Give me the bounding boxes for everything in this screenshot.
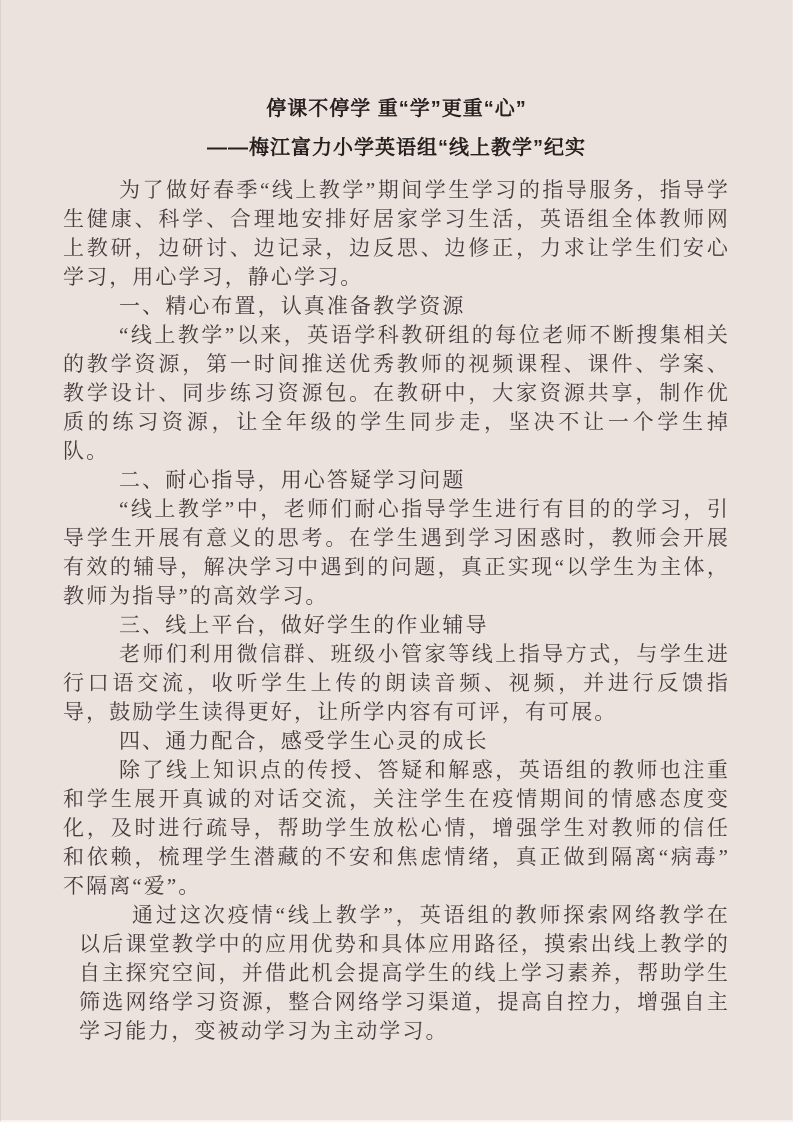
paragraph: “线上教学”以来，英语学科教研组的每位老师不断搜集相关的教学资源，第一时间推送优… <box>63 321 730 466</box>
paragraph: 为了做好春季“线上教学”期间学生学习的指导服务，指导学生健康、科学、合理地安排好… <box>63 176 730 292</box>
section-heading: 一、精心布置，认真准备教学资源 <box>63 292 730 321</box>
document-page: 停课不停学 重“学”更重“心” ——梅江富力小学英语组“线上教学”纪实 为了做好… <box>0 0 793 1122</box>
document-subtitle: ——梅江富力小学英语组“线上教学”纪实 <box>63 134 730 162</box>
section-heading: 二、耐心指导，用心答疑学习问题 <box>63 466 730 495</box>
document-title: 停课不停学 重“学”更重“心” <box>63 95 730 123</box>
paragraph: 老师们利用微信群、班级小管家等线上指导方式，与学生进行口语交流，收听学生上传的朗… <box>63 640 730 727</box>
document-body: 为了做好春季“线上教学”期间学生学习的指导服务，指导学生健康、科学、合理地安排好… <box>63 176 730 1046</box>
section-heading: 四、通力配合，感受学生心灵的成长 <box>63 727 730 756</box>
paragraph: 除了线上知识点的传授、答疑和解惑，英语组的教师也注重和学生展开真诚的对话交流，关… <box>63 756 730 901</box>
paragraph: 通过这次疫情“线上教学”，英语组的教师探索网络教学在以后课堂教学中的应用优势和具… <box>79 901 730 1046</box>
paragraph: “线上教学”中，老师们耐心指导学生进行有目的的学习，引导学生开展有意义的思考。在… <box>63 495 730 611</box>
section-heading: 三、线上平台，做好学生的作业辅导 <box>63 611 730 640</box>
